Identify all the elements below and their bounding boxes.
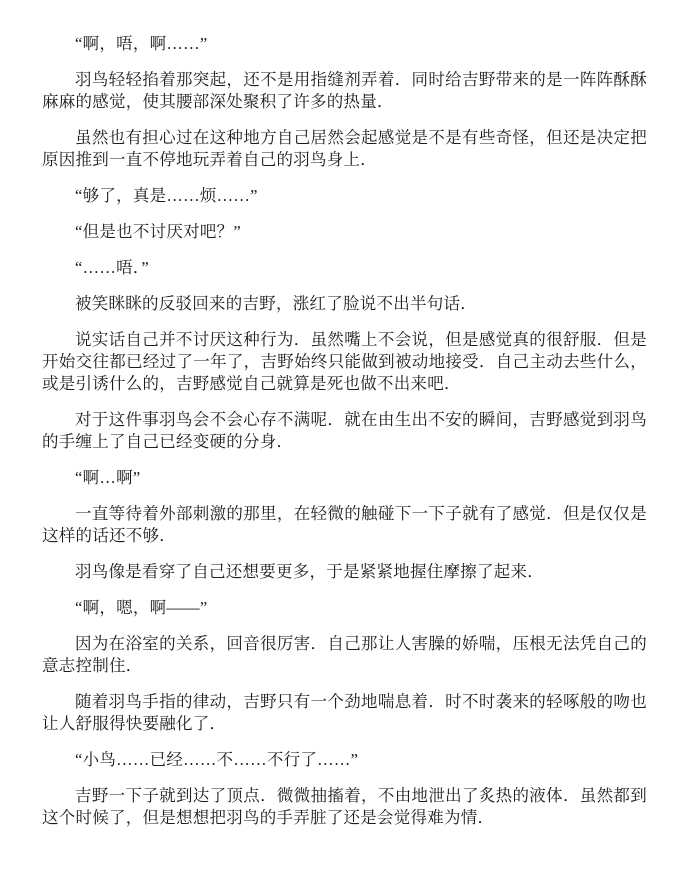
document-viewport: { "page": { "background_color": "#ffffff…: [0, 0, 680, 880]
narration-paragraph: 被笑眯眯的反驳回来的吉野，涨红了脸说不出半句话．: [42, 293, 647, 315]
page: “啊，唔，啊……” 羽鸟轻轻掐着那突起，还不是用指缝剂弄着．同时给吉野带来的是一…: [0, 0, 680, 880]
dialogue-paragraph: “啊，嗯，啊——”: [42, 597, 647, 619]
dialogue-paragraph: “啊，唔，啊……”: [42, 33, 647, 55]
narration-paragraph: 对于这件事羽鸟会不会心存不满呢．就在由生出不安的瞬间，吉野感觉到羽鸟的手缠上了自…: [42, 409, 647, 453]
dialogue-paragraph: “啊…啊”: [42, 467, 647, 489]
dialogue-paragraph: “够了，真是……烦……”: [42, 185, 647, 207]
narration-paragraph: 随着羽鸟手指的律动，吉野只有一个劲地喘息着．时不时袭来的轻啄般的吻也让人舒服得快…: [42, 691, 647, 735]
dialogue-paragraph: “但是也不讨厌对吧？”: [42, 221, 647, 243]
narration-paragraph: 因为在浴室的关系，回音很厉害．自己那让人害臊的娇喘，压根无法凭自己的意志控制住．: [42, 633, 647, 677]
narration-paragraph: 羽鸟像是看穿了自己还想要更多，于是紧紧地握住摩擦了起来．: [42, 561, 647, 583]
narration-paragraph: 羽鸟轻轻掐着那突起，还不是用指缝剂弄着．同时给吉野带来的是一阵阵酥酥麻麻的感觉，…: [42, 69, 647, 113]
dialogue-paragraph: “……唔．”: [42, 257, 647, 279]
narration-paragraph: 一直等待着外部刺激的那里，在轻微的触碰下一下子就有了感觉．但是仅仅是这样的话还不…: [42, 503, 647, 547]
narration-paragraph: 说实话自己并不讨厌这种行为．虽然嘴上不会说，但是感觉真的很舒服．但是开始交往都已…: [42, 329, 647, 395]
narration-paragraph: 吉野一下子就到达了顶点．微微抽搐着，不由地泄出了炙热的液体．虽然都到这个时候了，…: [42, 785, 647, 829]
dialogue-paragraph: “小鸟……已经……不……不行了……”: [42, 749, 647, 771]
narration-paragraph: 虽然也有担心过在这种地方自己居然会起感觉是不是有些奇怪，但还是决定把原因推到一直…: [42, 127, 647, 171]
